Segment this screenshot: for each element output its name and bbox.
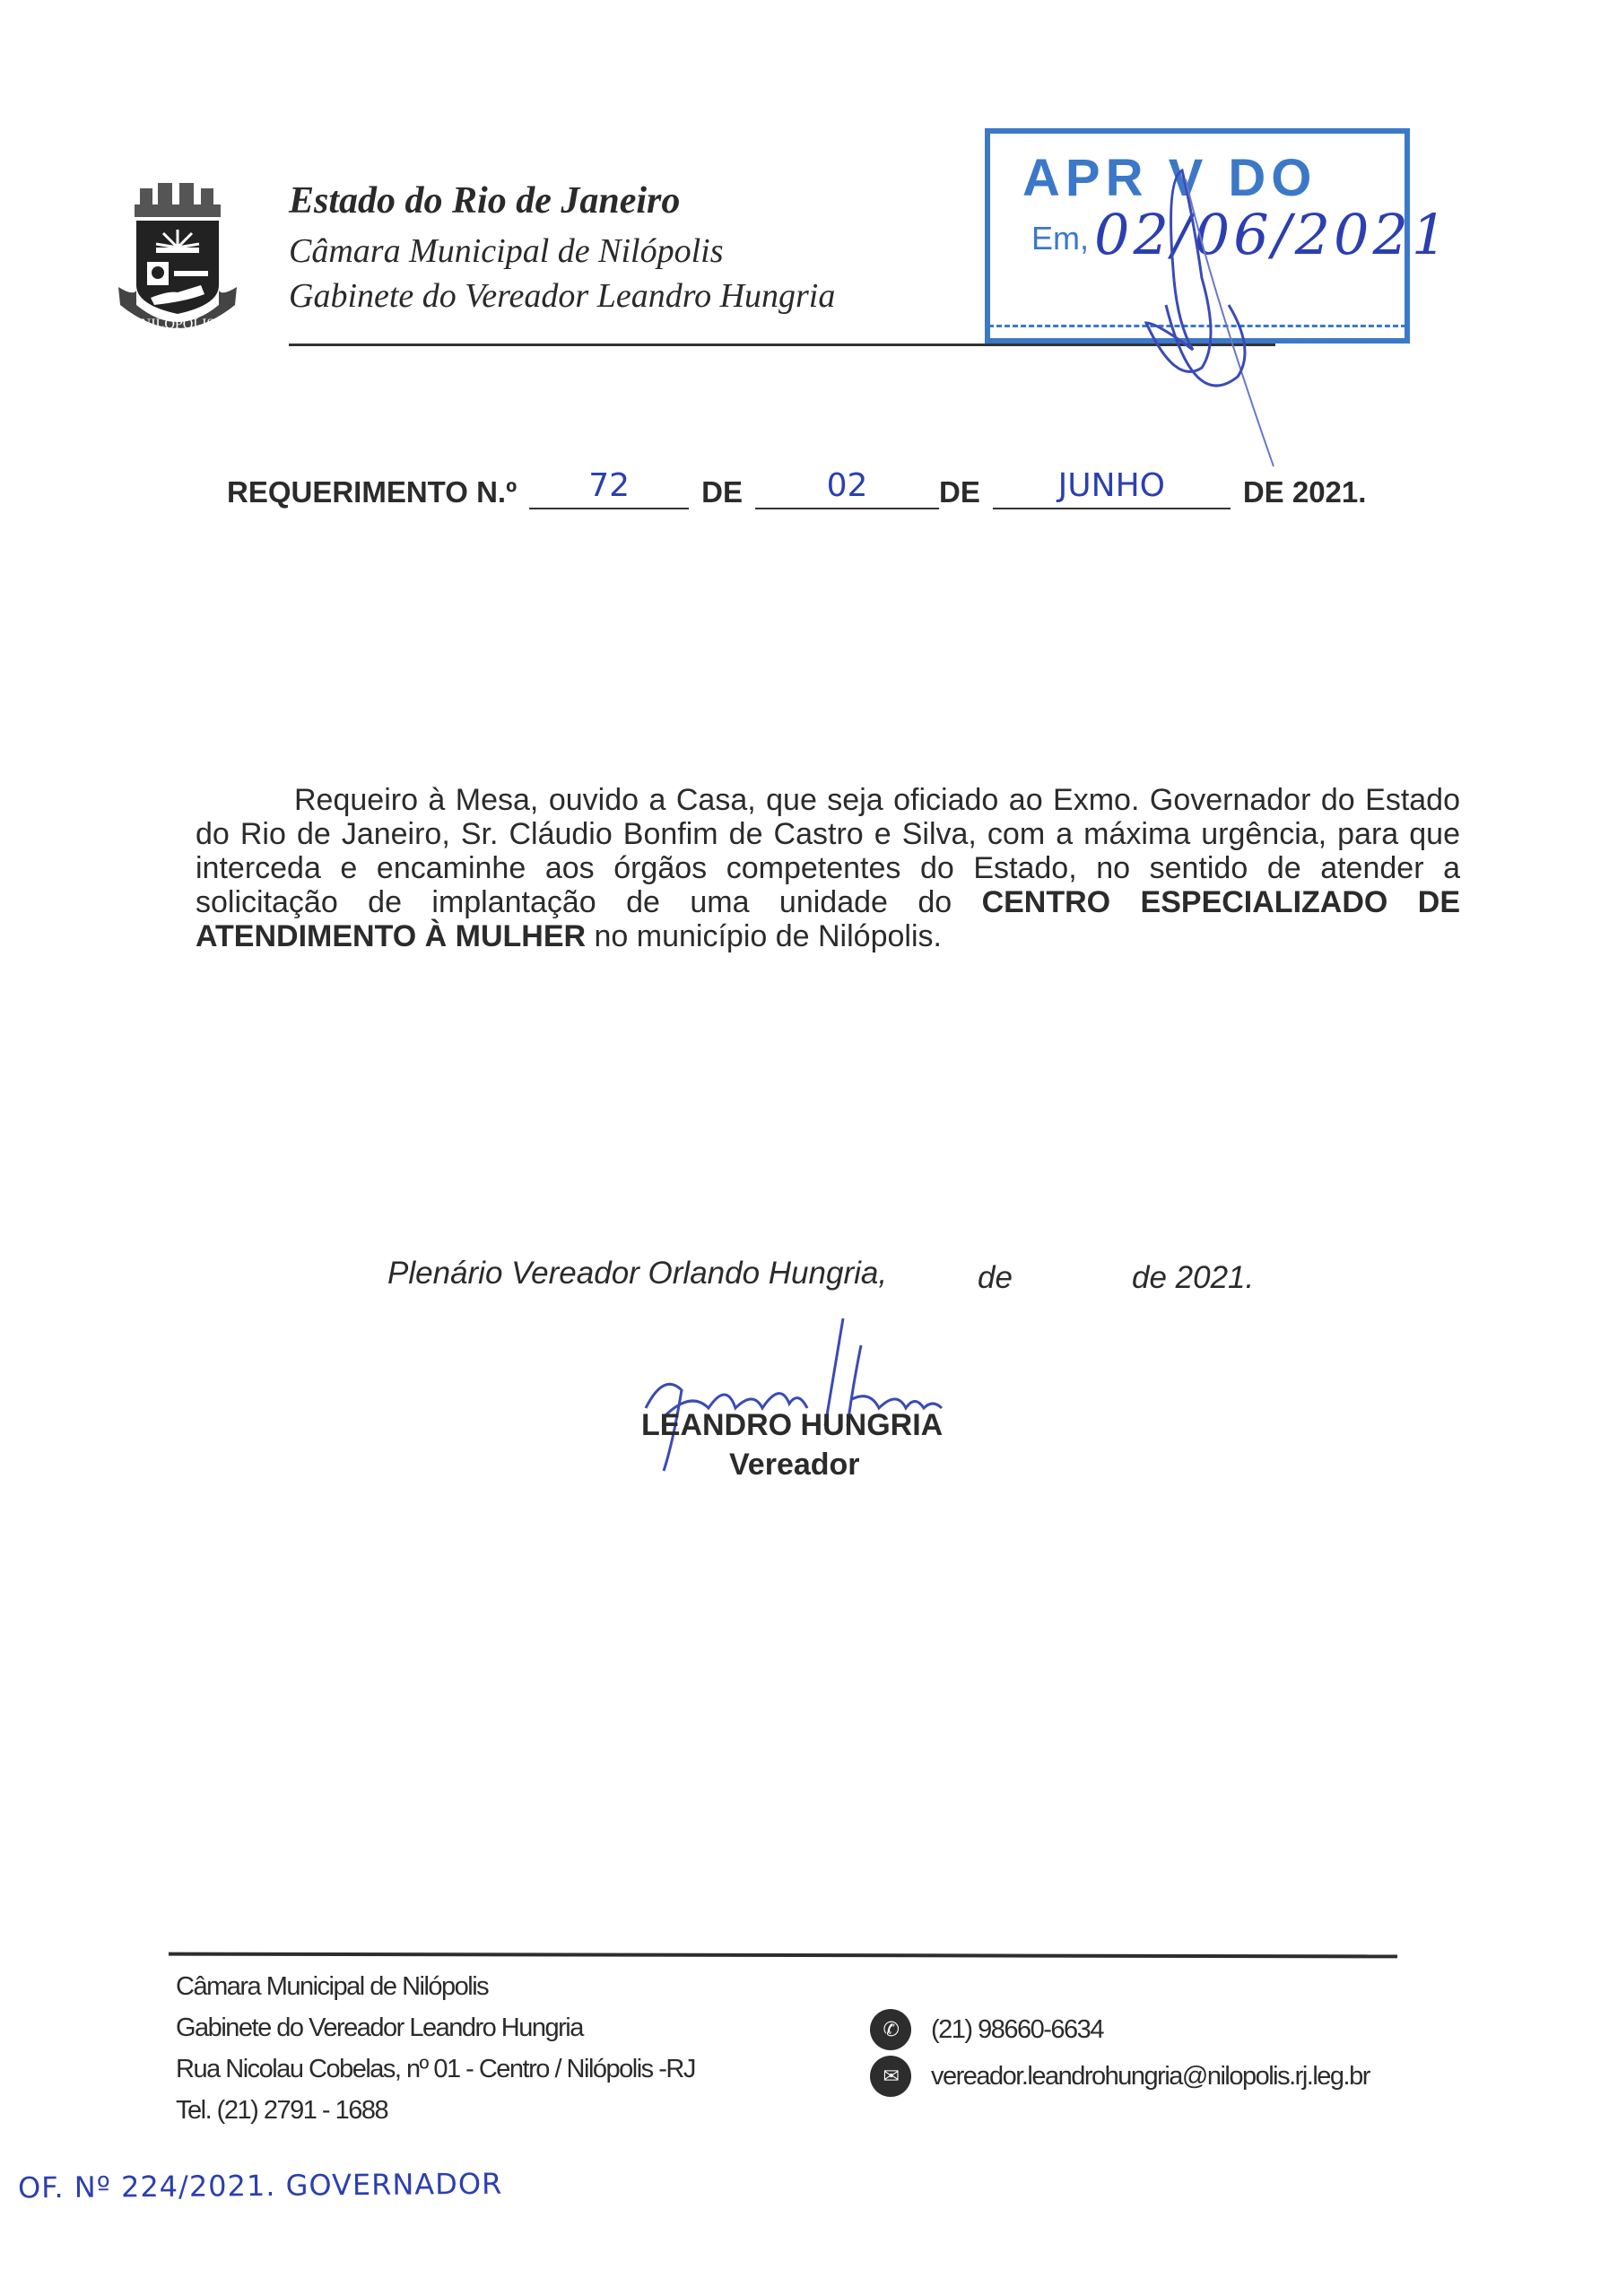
contact-phone: (21) 98660-6634: [931, 2015, 1103, 2045]
letterhead-office: Gabinete do Vereador Leandro Hungria: [289, 276, 835, 316]
svg-text:NILÓPOLIS: NILÓPOLIS: [141, 315, 215, 332]
request-body: Requeiro à Mesa, ouvido a Casa, que seja…: [196, 783, 1460, 953]
requerimento-month: JUNHO: [1058, 467, 1165, 504]
stamp-em-label: Em,: [1031, 220, 1089, 257]
whatsapp-icon: ✆: [870, 2009, 911, 2050]
stamp-signature-mark: [1139, 143, 1292, 475]
contact-email: ✉ vereador.leandrohungria@nilopolis.rj.l…: [870, 2054, 1370, 2099]
requerimento-day: 02: [827, 467, 868, 504]
footer-chamber: Câmara Municipal de Nilópolis: [176, 1966, 695, 2007]
footer-address: Rua Nicolau Cobelas, nº 01 - Centro / Ni…: [176, 2048, 695, 2090]
handwritten-office-note: OF. Nº 224/2021. GOVERNADOR: [18, 2167, 503, 2205]
requerimento-number: 72: [588, 467, 630, 504]
letterhead-chamber: Câmara Municipal de Nilópolis: [289, 231, 724, 271]
requerimento-number-field: 72: [529, 474, 689, 509]
footer-office: Gabinete do Vereador Leandro Hungria: [176, 2007, 695, 2048]
requerimento-day-field: 02: [755, 474, 939, 509]
requerimento-label: REQUERIMENTO N.º: [227, 475, 517, 509]
city-coat-of-arms-icon: NILÓPOLIS: [115, 179, 240, 341]
footer-contact-block: ✆ (21) 98660-6634 ✉ vereador.leandrohung…: [870, 2007, 1370, 2100]
requerimento-line: REQUERIMENTO N.º 72 DE 02 DE JUNHO DE 20…: [227, 474, 1366, 509]
closing-year: de 2021.: [1132, 1260, 1254, 1296]
footer-address-block: Câmara Municipal de Nilópolis Gabinete d…: [176, 1966, 695, 2131]
letterhead-state: Estado do Rio de Janeiro: [289, 179, 680, 222]
body-text-end: no município de Nilópolis.: [586, 919, 942, 953]
contact-whatsapp: ✆ (21) 98660-6634: [870, 2007, 1370, 2052]
footer-divider: [169, 1952, 1397, 1959]
requerimento-year: DE 2021.: [1243, 475, 1367, 509]
signer-name: LEANDRO HUNGRIA: [641, 1408, 943, 1443]
requerimento-de1: DE: [701, 475, 743, 509]
requerimento-month-field: JUNHO: [993, 474, 1231, 509]
envelope-icon: ✉: [870, 2056, 911, 2097]
closing-day-de: de: [978, 1260, 1013, 1296]
closing-place: Plenário Vereador Orlando Hungria,: [387, 1256, 887, 1291]
signer-role: Vereador: [729, 1448, 860, 1483]
contact-email-address: vereador.leandrohungria@nilopolis.rj.leg…: [931, 2062, 1370, 2092]
requerimento-de2: DE: [939, 475, 980, 509]
letterhead-divider: [289, 344, 1275, 346]
footer-telephone: Tel. (21) 2791 - 1688: [176, 2090, 695, 2131]
